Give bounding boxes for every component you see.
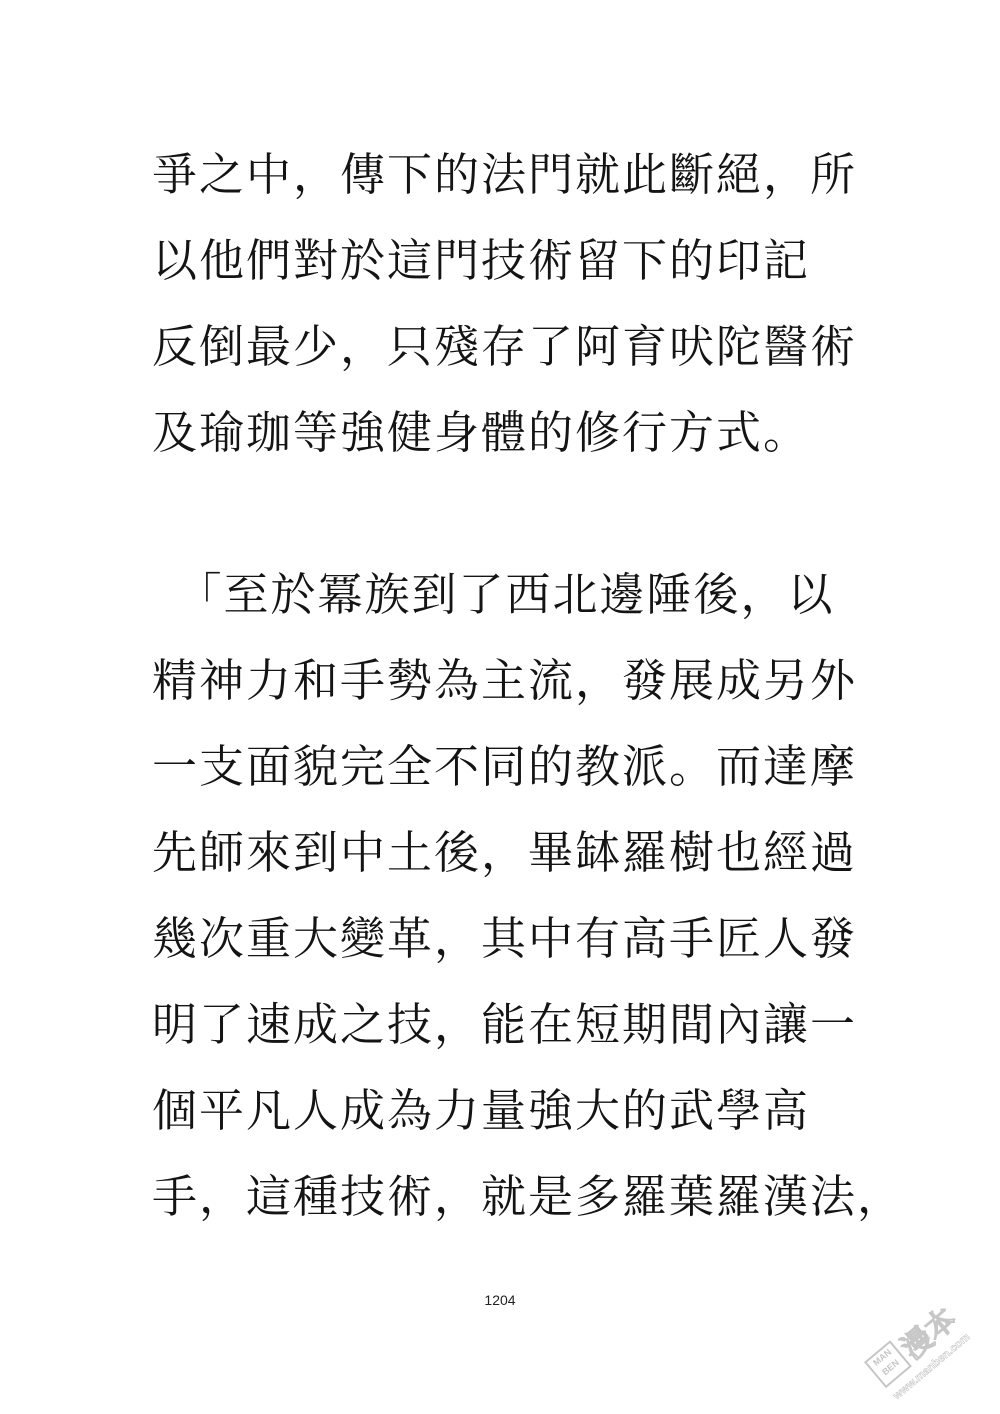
text-line: 以他們對於這門技術留下的印記 [152, 218, 872, 304]
text-line: 精神力和手勢為主流，發展成另外 [152, 638, 872, 724]
text-line: 個平凡人成為力量強大的武學高 [152, 1068, 872, 1154]
text-line: 幾次重大變革，其中有高手匠人發 [152, 896, 872, 982]
text-line: 爭之中，傳下的法門就此斷絕，所 [152, 132, 872, 218]
text-line: 明了速成之技，能在短期間內讓一 [152, 982, 872, 1068]
paragraph-1: 爭之中，傳下的法門就此斷絕，所 以他們對於這門技術留下的印記 反倒最少，只殘存了… [152, 132, 872, 476]
text-line: 一支面貌完全不同的教派。而達摩 [152, 724, 872, 810]
text-line: 手，這種技術，就是多羅葉羅漢法， [152, 1154, 872, 1240]
text-line: 反倒最少，只殘存了阿育吠陀醫術 [152, 304, 872, 390]
paragraph-spacer [152, 476, 872, 552]
text-line: 及瑜珈等強健身體的修行方式。 [152, 390, 872, 476]
body-text: 爭之中，傳下的法門就此斷絕，所 以他們對於這門技術留下的印記 反倒最少，只殘存了… [152, 132, 872, 1240]
document-page: 爭之中，傳下的法門就此斷絕，所 以他們對於這門技術留下的印記 反倒最少，只殘存了… [0, 0, 1000, 1414]
text-line: 先師來到中土後，畢缽羅樹也經過 [152, 810, 872, 896]
text-line: 「至於冪族到了西北邊陲後，以 [152, 552, 872, 638]
page-number: 1204 [0, 1292, 1000, 1308]
paragraph-2: 「至於冪族到了西北邊陲後，以 精神力和手勢為主流，發展成另外 一支面貌完全不同的… [152, 552, 872, 1240]
